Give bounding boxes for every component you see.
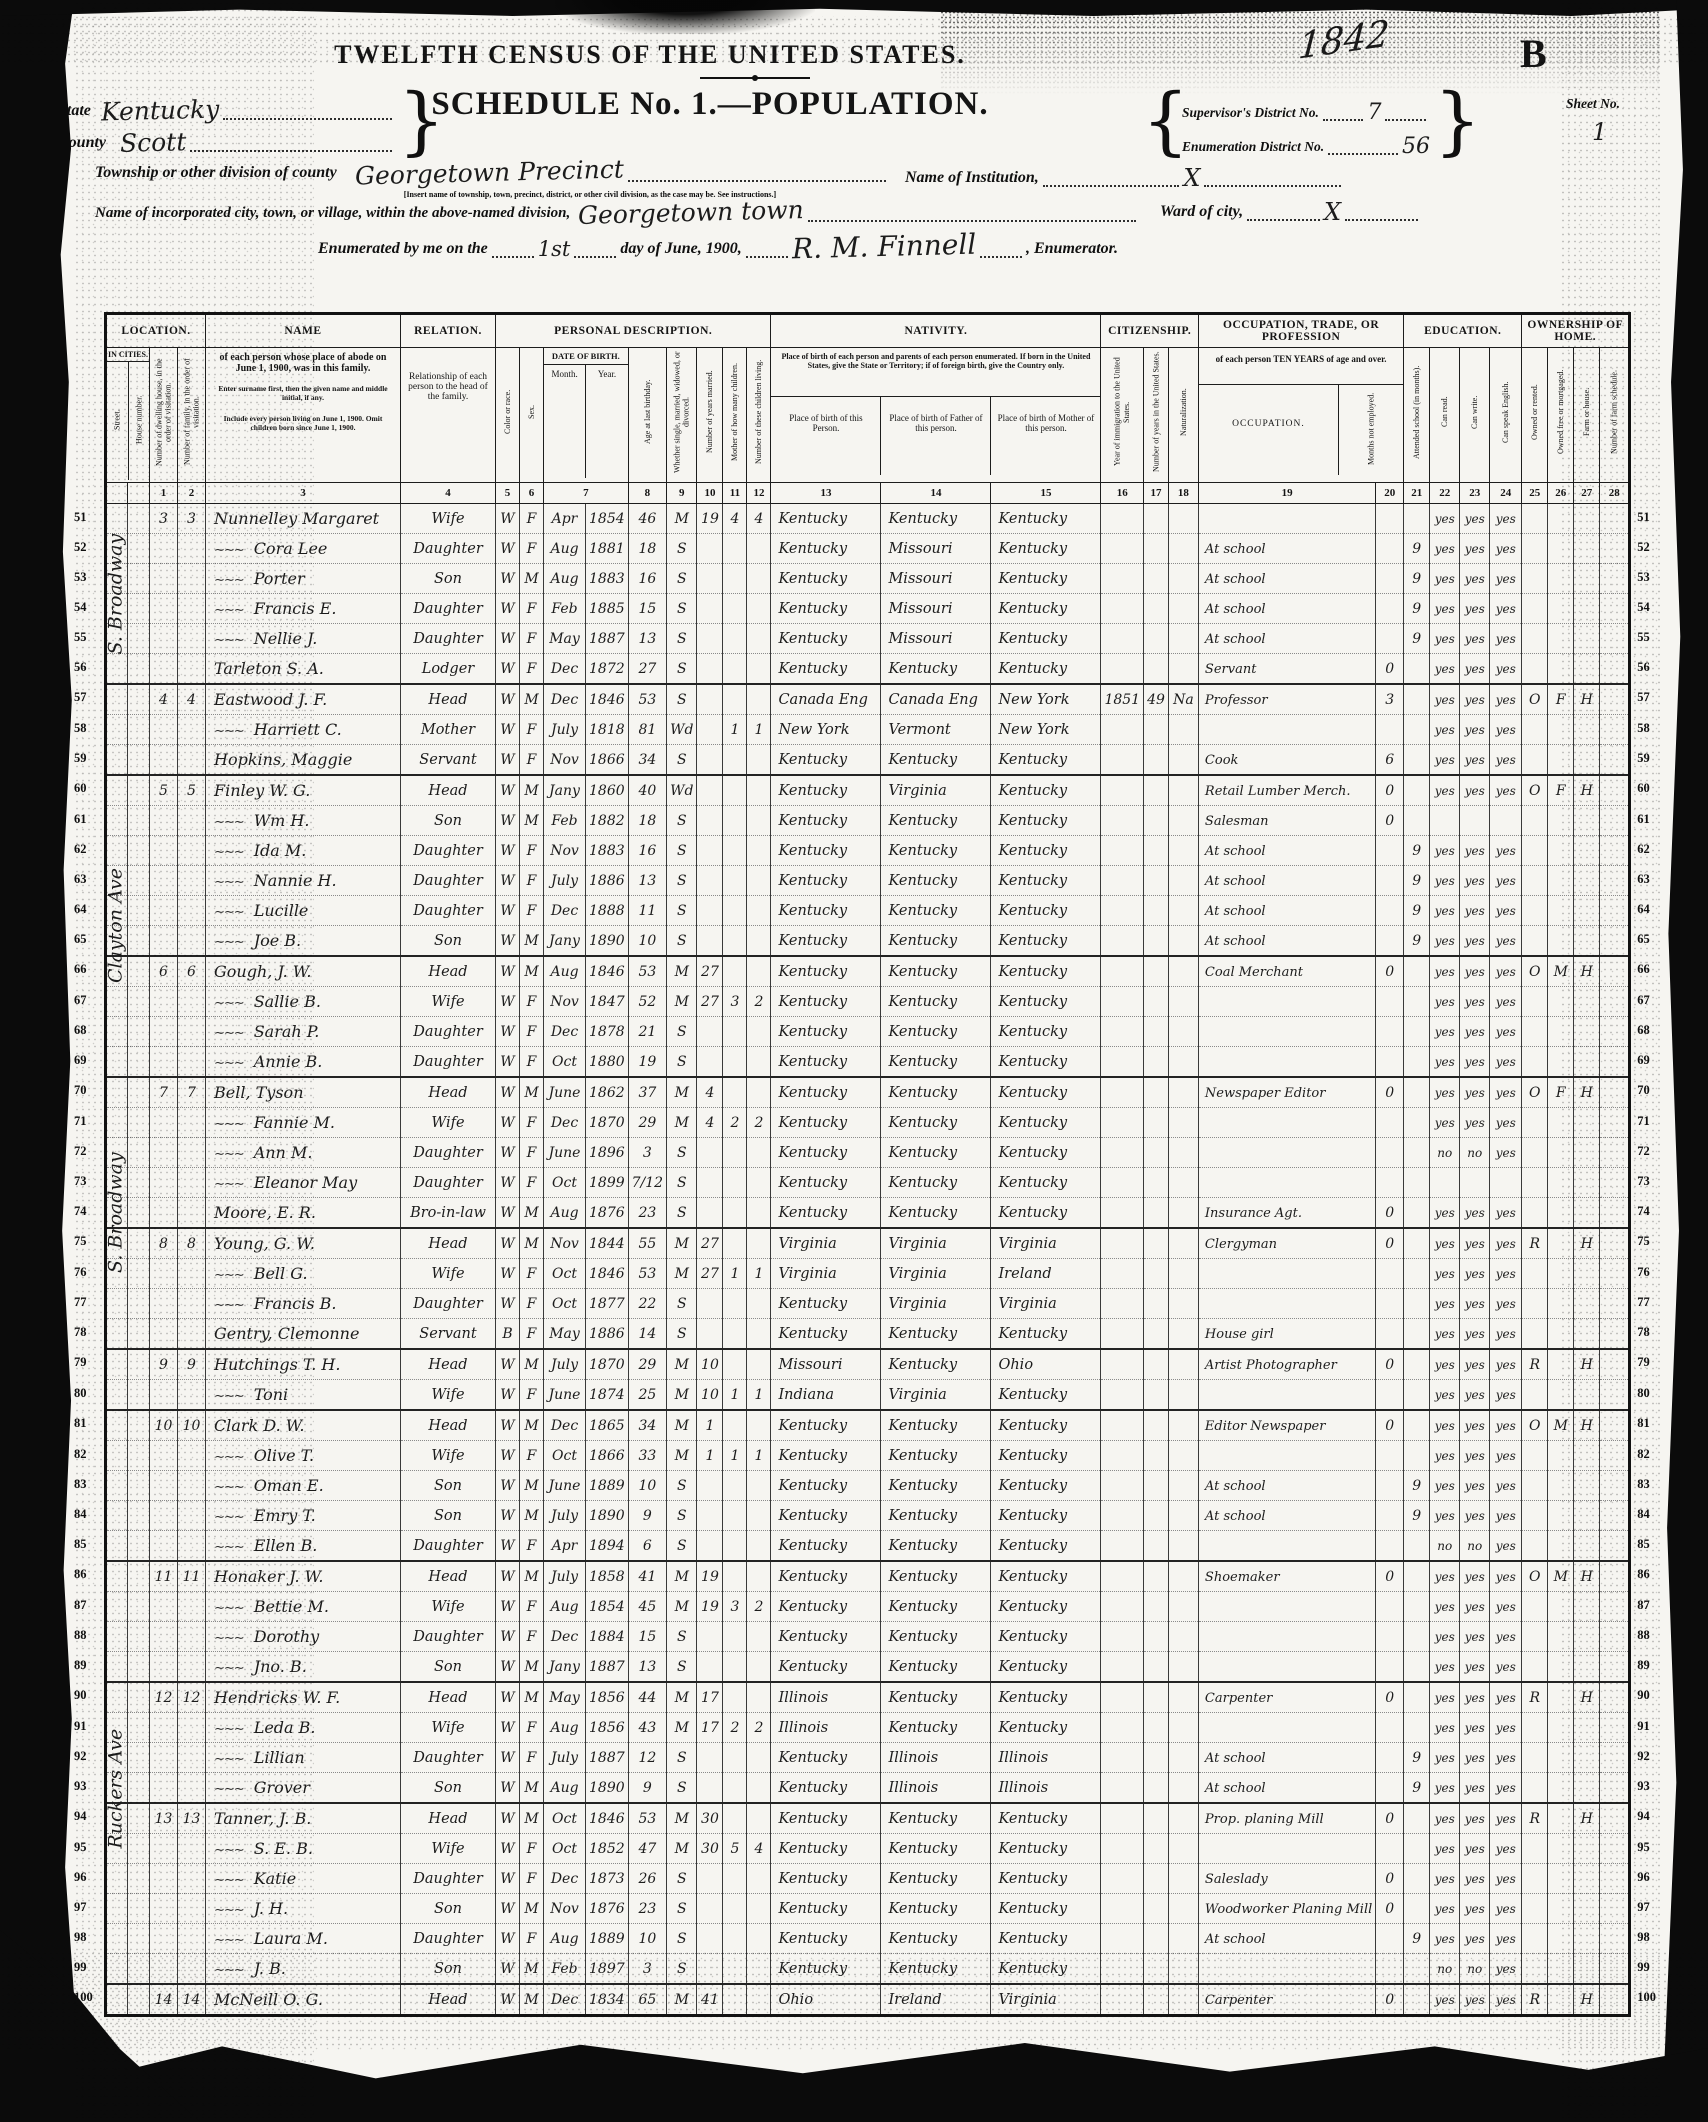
- cell-mc: [723, 1168, 747, 1198]
- cell-occ: At school: [1198, 866, 1375, 896]
- cell-value: M: [524, 1690, 538, 1706]
- cell-sc: [1404, 1289, 1430, 1319]
- row-number: 75: [1637, 1234, 1650, 1249]
- cell-value: Servant: [419, 752, 476, 768]
- cell-name: ∼∼∼Wm H.: [206, 806, 401, 836]
- cell-house: [128, 1864, 150, 1894]
- cell-own: [1522, 1834, 1548, 1864]
- cell-yu: [1144, 1834, 1169, 1864]
- cell-pm: Kentucky: [991, 504, 1101, 534]
- cell-fam: [178, 1652, 206, 1683]
- cell-sched: [1600, 1864, 1630, 1894]
- cell-house: [128, 745, 150, 776]
- cell-value: W: [500, 1841, 514, 1857]
- cell-free: [1548, 624, 1574, 654]
- cell-wr: yes: [1460, 1622, 1490, 1652]
- cell-ym: 19: [697, 504, 723, 534]
- cell-house: [128, 1077, 150, 1108]
- cell-value: Lodger: [422, 661, 474, 677]
- cell-pm: Kentucky: [991, 896, 1101, 926]
- cell-mc: [723, 1138, 747, 1168]
- cell-im: [1101, 896, 1144, 926]
- cell-free: [1548, 1198, 1574, 1229]
- cell-value: W: [500, 813, 514, 829]
- cell-value: 9: [1412, 933, 1421, 949]
- cell-value: Son: [434, 1901, 462, 1917]
- cell-value: F: [527, 541, 537, 557]
- cell-en: yes: [1490, 1592, 1522, 1622]
- cell-en: yes: [1490, 1077, 1522, 1108]
- col-num: 11: [723, 483, 747, 504]
- cell-pm: Kentucky: [991, 1138, 1101, 1168]
- table-row: 1313Tanner, J. B.HeadWMOct184653M30Kentu…: [106, 1803, 1630, 1834]
- cell-en: yes: [1490, 1622, 1522, 1652]
- cell-col: W: [496, 806, 520, 836]
- cell-age: 52: [628, 987, 666, 1017]
- cell-rd: yes: [1430, 1834, 1460, 1864]
- cell-value: M: [675, 1085, 689, 1101]
- cell-pb: Kentucky: [771, 1138, 881, 1168]
- cell-yr: 1860: [586, 775, 629, 806]
- row-number: 78: [1637, 1325, 1650, 1340]
- cell-en: yes: [1490, 624, 1522, 654]
- cell-sc: [1404, 1864, 1430, 1894]
- cell-pb: Kentucky: [771, 1894, 881, 1924]
- cell-value: Daughter: [413, 1054, 483, 1070]
- cell-value: F: [527, 722, 537, 738]
- cell-value: yes: [1435, 844, 1455, 858]
- cell-mu: [1376, 836, 1404, 866]
- cell-dw: [150, 926, 178, 957]
- cell-value: 6: [1385, 752, 1394, 768]
- cell-rd: yes: [1430, 684, 1460, 715]
- cell-sched: [1600, 1349, 1630, 1380]
- cell-name: Young, G. W.: [206, 1228, 401, 1259]
- cell-fam: 4: [178, 684, 206, 715]
- cell-value: yes: [1496, 1721, 1516, 1735]
- cell-fam: [178, 1380, 206, 1411]
- cell-value: M: [524, 1811, 538, 1827]
- cell-pf: Kentucky: [881, 1017, 991, 1047]
- enumerated-post: , Enumerator.: [1026, 240, 1118, 258]
- cell-ym: 4: [697, 1108, 723, 1138]
- cell-value: yes: [1435, 784, 1455, 798]
- cell-value: Head: [428, 1690, 467, 1706]
- cell-value: Clark D. W.: [214, 1416, 305, 1435]
- cell-value: 46: [638, 511, 656, 527]
- cell-sex: M: [520, 1773, 544, 1804]
- cell-en: yes: [1490, 1259, 1522, 1289]
- cell-age: 27: [628, 654, 666, 685]
- cell-value: 1883: [589, 843, 625, 859]
- cell-name: Tanner, J. B.: [206, 1803, 401, 1834]
- cell-ym: [697, 1047, 723, 1078]
- cell-value: Wife: [431, 1266, 464, 1282]
- cell-rel: Daughter: [401, 1168, 496, 1198]
- row-number: 62: [1637, 842, 1650, 857]
- cell-free: F: [1548, 1077, 1574, 1108]
- cell-value: At school: [1205, 1479, 1266, 1494]
- cell-value: Feb: [551, 601, 577, 617]
- cell-fam: 3: [178, 504, 206, 534]
- cell-rd: yes: [1430, 956, 1460, 987]
- cell-dw: 7: [150, 1077, 178, 1108]
- cell-wr: yes: [1460, 1803, 1490, 1834]
- cell-pf: Kentucky: [881, 1349, 991, 1380]
- cell-value: Oct: [552, 1175, 577, 1191]
- cell-pb: Missouri: [771, 1349, 881, 1380]
- cell-value: W: [500, 1720, 514, 1736]
- cell-value: S: [677, 813, 687, 829]
- cell-value: F: [1556, 783, 1566, 799]
- cell-value: W: [500, 964, 514, 980]
- row-number: 85: [1637, 1537, 1650, 1552]
- row-number: 65: [1637, 932, 1650, 947]
- cell-pm: Kentucky: [991, 1834, 1101, 1864]
- cell-value: Kentucky: [888, 903, 957, 919]
- cell-mar: S: [667, 654, 697, 685]
- cell-farm: H: [1574, 1228, 1600, 1259]
- cell-ym: 17: [697, 1682, 723, 1713]
- cell-free: [1548, 836, 1574, 866]
- col-header-naturalization: Naturalization.: [1168, 348, 1198, 483]
- cell-fam: [178, 594, 206, 624]
- cell-ym: [697, 896, 723, 926]
- cell-own: R: [1522, 1349, 1548, 1380]
- row-number: 62: [74, 842, 87, 857]
- cell-na: [1168, 1682, 1198, 1713]
- cell-value: W: [500, 541, 514, 557]
- cell-value: Kentucky: [778, 1205, 847, 1221]
- cell-pf: Virginia: [881, 1289, 991, 1319]
- cell-sex: F: [520, 1441, 544, 1471]
- cell-en: yes: [1490, 987, 1522, 1017]
- table-row: 33Nunnelley MargaretWifeWFApr185446M1944…: [106, 504, 1630, 534]
- cell-sc: [1404, 715, 1430, 745]
- cell-pf: Kentucky: [881, 1954, 991, 1985]
- cell-pm: Virginia: [991, 1228, 1101, 1259]
- cell-farm: [1574, 896, 1600, 926]
- street-label: Ruckers Ave: [105, 1561, 126, 2016]
- cell-yr: 1862: [586, 1077, 629, 1108]
- cell-mar: S: [667, 1501, 697, 1531]
- cell-value: 5: [187, 783, 196, 799]
- cell-rd: yes: [1430, 836, 1460, 866]
- cell-value: M: [524, 1357, 538, 1373]
- col-num: 8: [628, 483, 666, 504]
- cell-name: Hutchings T. H.: [206, 1349, 401, 1380]
- cell-sched: [1600, 896, 1630, 926]
- cell-value: yes: [1496, 1842, 1516, 1856]
- cell-age: 18: [628, 534, 666, 564]
- cell-house: [128, 534, 150, 564]
- cell-value: Kentucky: [778, 1750, 847, 1766]
- cell-sc: [1404, 775, 1430, 806]
- cell-name: ∼∼∼Jno. B.: [206, 1652, 401, 1683]
- cell-cl: 1: [747, 715, 771, 745]
- cell-im: [1101, 1682, 1144, 1713]
- cell-value: 3: [187, 511, 196, 527]
- cell-value: Kentucky: [998, 631, 1067, 647]
- color-label: Color or race.: [496, 348, 519, 476]
- cell-farm: [1574, 1894, 1600, 1924]
- cell-fam: 5: [178, 775, 206, 806]
- cell-occ: Shoemaker: [1198, 1561, 1375, 1592]
- cell-value: yes: [1465, 1086, 1485, 1100]
- cell-house: [128, 926, 150, 957]
- cell-age: 34: [628, 745, 666, 776]
- row-number: 97: [1637, 1900, 1650, 1915]
- cell-pf: Kentucky: [881, 1047, 991, 1078]
- cell-house: [128, 1834, 150, 1864]
- cell-value: 1876: [589, 1205, 625, 1221]
- cell-value: 1889: [589, 1931, 625, 1947]
- cell-value: 13: [155, 1811, 173, 1827]
- ditto-mark: ∼∼∼: [214, 874, 244, 889]
- cell-mu: [1376, 1743, 1404, 1773]
- cell-value: yes: [1435, 995, 1455, 1009]
- cell-value: M: [524, 1236, 538, 1252]
- cell-value: Eleanor May: [254, 1173, 357, 1192]
- children-living-label: Number of these children living.: [747, 348, 770, 476]
- cell-value: 1: [730, 722, 739, 738]
- cell-free: [1548, 1531, 1574, 1562]
- cell-en: yes: [1490, 1228, 1522, 1259]
- row-number: 73: [74, 1174, 87, 1189]
- row-number: 79: [1637, 1355, 1650, 1370]
- cell-value: yes: [1465, 723, 1485, 737]
- cell-value: 9: [1412, 1780, 1421, 1796]
- col-num: 13: [771, 483, 881, 504]
- cell-rel: Wife: [401, 1713, 496, 1743]
- cell-sex: M: [520, 1349, 544, 1380]
- cell-value: yes: [1435, 874, 1455, 888]
- cell-col: W: [496, 504, 520, 534]
- cell-free: M: [1548, 1561, 1574, 1592]
- cell-mu: [1376, 1138, 1404, 1168]
- cell-value: Son: [434, 933, 462, 949]
- cell-sc: [1404, 1984, 1430, 2016]
- cell-free: [1548, 1501, 1574, 1531]
- cell-pm: Kentucky: [991, 745, 1101, 776]
- title-ornament: [700, 77, 810, 79]
- marital-label: Whether single, married, widowed, or div…: [667, 348, 696, 476]
- cell-mu: 3: [1376, 684, 1404, 715]
- cell-mo: Jany: [544, 775, 586, 806]
- cell-farm: [1574, 1168, 1600, 1198]
- cell-house: [128, 1501, 150, 1531]
- cell-pm: Kentucky: [991, 1047, 1101, 1078]
- cell-value: M: [524, 813, 538, 829]
- sex-label: Sex.: [520, 348, 543, 476]
- cell-dw: [150, 715, 178, 745]
- cell-value: 10: [638, 1478, 656, 1494]
- cell-ym: 27: [697, 1228, 723, 1259]
- cell-value: Kentucky: [778, 661, 847, 677]
- occupation-label: OCCUPATION.: [1199, 385, 1338, 475]
- cell-mo: Nov: [544, 1228, 586, 1259]
- cell-en: yes: [1490, 1047, 1522, 1078]
- cell-fam: 14: [178, 1984, 206, 2016]
- cell-value: M: [524, 1659, 538, 1675]
- cell-wr: no: [1460, 1138, 1490, 1168]
- col-num: 26: [1548, 483, 1574, 504]
- cell-na: [1168, 896, 1198, 926]
- cell-value: yes: [1465, 662, 1485, 676]
- cell-value: W: [500, 843, 514, 859]
- cell-house: [128, 1349, 150, 1380]
- cell-value: Sallie B.: [254, 992, 321, 1011]
- ditto-mark: ∼∼∼: [214, 1872, 244, 1887]
- row-number: 90: [1637, 1688, 1650, 1703]
- cell-yr: 1886: [586, 866, 629, 896]
- cell-sc: [1404, 1441, 1430, 1471]
- cell-im: [1101, 1198, 1144, 1229]
- cell-value: Kentucky: [778, 571, 847, 587]
- table-row: ∼∼∼Sarah P.DaughterWFDec187821SKentuckyK…: [106, 1017, 1630, 1047]
- cell-cl: [747, 564, 771, 594]
- cell-value: W: [500, 1357, 514, 1373]
- cell-value: Dec: [551, 692, 578, 708]
- cell-mo: July: [544, 715, 586, 745]
- cell-value: yes: [1496, 753, 1516, 767]
- cell-value: yes: [1496, 1055, 1516, 1069]
- cell-name: ∼∼∼Laura M.: [206, 1924, 401, 1954]
- cell-own: [1522, 1773, 1548, 1804]
- cell-value: yes: [1465, 1660, 1485, 1674]
- cell-value: 1872: [589, 661, 625, 677]
- cell-value: yes: [1465, 1691, 1485, 1705]
- cell-name: ∼∼∼Eleanor May: [206, 1168, 401, 1198]
- cell-pb: Kentucky: [771, 1592, 881, 1622]
- cell-value: Kentucky: [778, 1085, 847, 1101]
- cell-value: F: [527, 994, 537, 1010]
- cell-free: [1548, 1652, 1574, 1683]
- row-number: 99: [1637, 1960, 1650, 1975]
- cell-sched: [1600, 1017, 1630, 1047]
- cell-wr: yes: [1460, 775, 1490, 806]
- cell-occ: [1198, 1047, 1375, 1078]
- col-num: 25: [1522, 483, 1548, 504]
- cell-own: [1522, 1441, 1548, 1471]
- cell-value: yes: [1465, 1206, 1485, 1220]
- cell-value: Retail Lumber Merch.: [1205, 784, 1351, 799]
- cell-wr: yes: [1460, 1924, 1490, 1954]
- cell-pb: Kentucky: [771, 806, 881, 836]
- cell-dw: [150, 1108, 178, 1138]
- cell-fam: [178, 624, 206, 654]
- cell-farm: H: [1574, 1561, 1600, 1592]
- cell-pb: Canada Eng: [771, 684, 881, 715]
- cell-value: yes: [1496, 1358, 1516, 1372]
- cell-value: Kentucky: [998, 1175, 1067, 1191]
- cell-value: M: [675, 994, 689, 1010]
- cell-value: 0: [1385, 1205, 1394, 1221]
- cell-value: Wife: [431, 994, 464, 1010]
- cell-house: [128, 1743, 150, 1773]
- col-num: 3: [206, 483, 401, 504]
- cell-value: H: [1581, 1085, 1593, 1101]
- cell-value: Son: [434, 571, 462, 587]
- cell-house: [128, 1198, 150, 1229]
- cell-name: ∼∼∼Olive T.: [206, 1441, 401, 1471]
- cell-value: yes: [1435, 1781, 1455, 1795]
- cell-value: 5: [159, 783, 168, 799]
- row-number: 59: [1637, 751, 1650, 766]
- cell-value: 19: [701, 511, 719, 527]
- row-number: 86: [1637, 1567, 1650, 1582]
- cell-pb: Kentucky: [771, 594, 881, 624]
- cell-fam: [178, 1592, 206, 1622]
- cell-name: ∼∼∼J. B.: [206, 1954, 401, 1985]
- cell-sched: [1600, 1077, 1630, 1108]
- cell-value: W: [500, 601, 514, 617]
- cell-na: [1168, 1441, 1198, 1471]
- cell-value: Kentucky: [888, 1961, 957, 1977]
- cell-pb: Kentucky: [771, 1561, 881, 1592]
- cell-value: 1874: [589, 1387, 625, 1403]
- cell-en: yes: [1490, 1743, 1522, 1773]
- cell-value: Wife: [431, 1115, 464, 1131]
- ditto-mark: ∼∼∼: [214, 572, 244, 587]
- cell-pb: Kentucky: [771, 1773, 881, 1804]
- cell-mu: 6: [1376, 745, 1404, 776]
- ditto-mark: ∼∼∼: [214, 542, 244, 557]
- cell-value: Kentucky: [998, 1448, 1067, 1464]
- cell-value: yes: [1496, 784, 1516, 798]
- cell-value: W: [500, 571, 514, 587]
- cell-mc: [723, 654, 747, 685]
- cell-farm: [1574, 534, 1600, 564]
- cell-sc: [1404, 1622, 1430, 1652]
- cell-na: [1168, 1410, 1198, 1441]
- cell-value: Kentucky: [998, 1115, 1067, 1131]
- cell-sc: 9: [1404, 1743, 1430, 1773]
- cell-wr: yes: [1460, 1198, 1490, 1229]
- row-number: 70: [74, 1083, 87, 1098]
- cell-value: 1844: [589, 1236, 625, 1252]
- cell-im: [1101, 1471, 1144, 1501]
- cell-value: Feb: [551, 813, 577, 829]
- col-num: 16: [1101, 483, 1144, 504]
- cell-age: 9: [628, 1773, 666, 1804]
- cell-wr: yes: [1460, 896, 1490, 926]
- cell-mu: 0: [1376, 1561, 1404, 1592]
- cell-pf: Kentucky: [881, 654, 991, 685]
- cell-farm: [1574, 1743, 1600, 1773]
- cell-name: ∼∼∼Ellen B.: [206, 1531, 401, 1562]
- cell-pm: Kentucky: [991, 594, 1101, 624]
- cell-farm: [1574, 1259, 1600, 1289]
- cell-value: W: [500, 1750, 514, 1766]
- cell-wr: yes: [1460, 1834, 1490, 1864]
- cell-own: O: [1522, 1077, 1548, 1108]
- cell-yr: 1876: [586, 1894, 629, 1924]
- col-num: 9: [667, 483, 697, 504]
- cell-sex: F: [520, 1289, 544, 1319]
- sheet-letter: B: [1520, 30, 1547, 77]
- cell-age: 16: [628, 564, 666, 594]
- cell-occ: House girl: [1198, 1319, 1375, 1350]
- cell-value: Aug: [550, 1205, 578, 1221]
- cell-rel: Daughter: [401, 1017, 496, 1047]
- cell-value: 2: [730, 1720, 739, 1736]
- cell-mo: July: [544, 1743, 586, 1773]
- cell-im: [1101, 806, 1144, 836]
- cell-value: 13: [638, 873, 656, 889]
- cell-rel: Son: [401, 564, 496, 594]
- cell-value: W: [500, 1780, 514, 1796]
